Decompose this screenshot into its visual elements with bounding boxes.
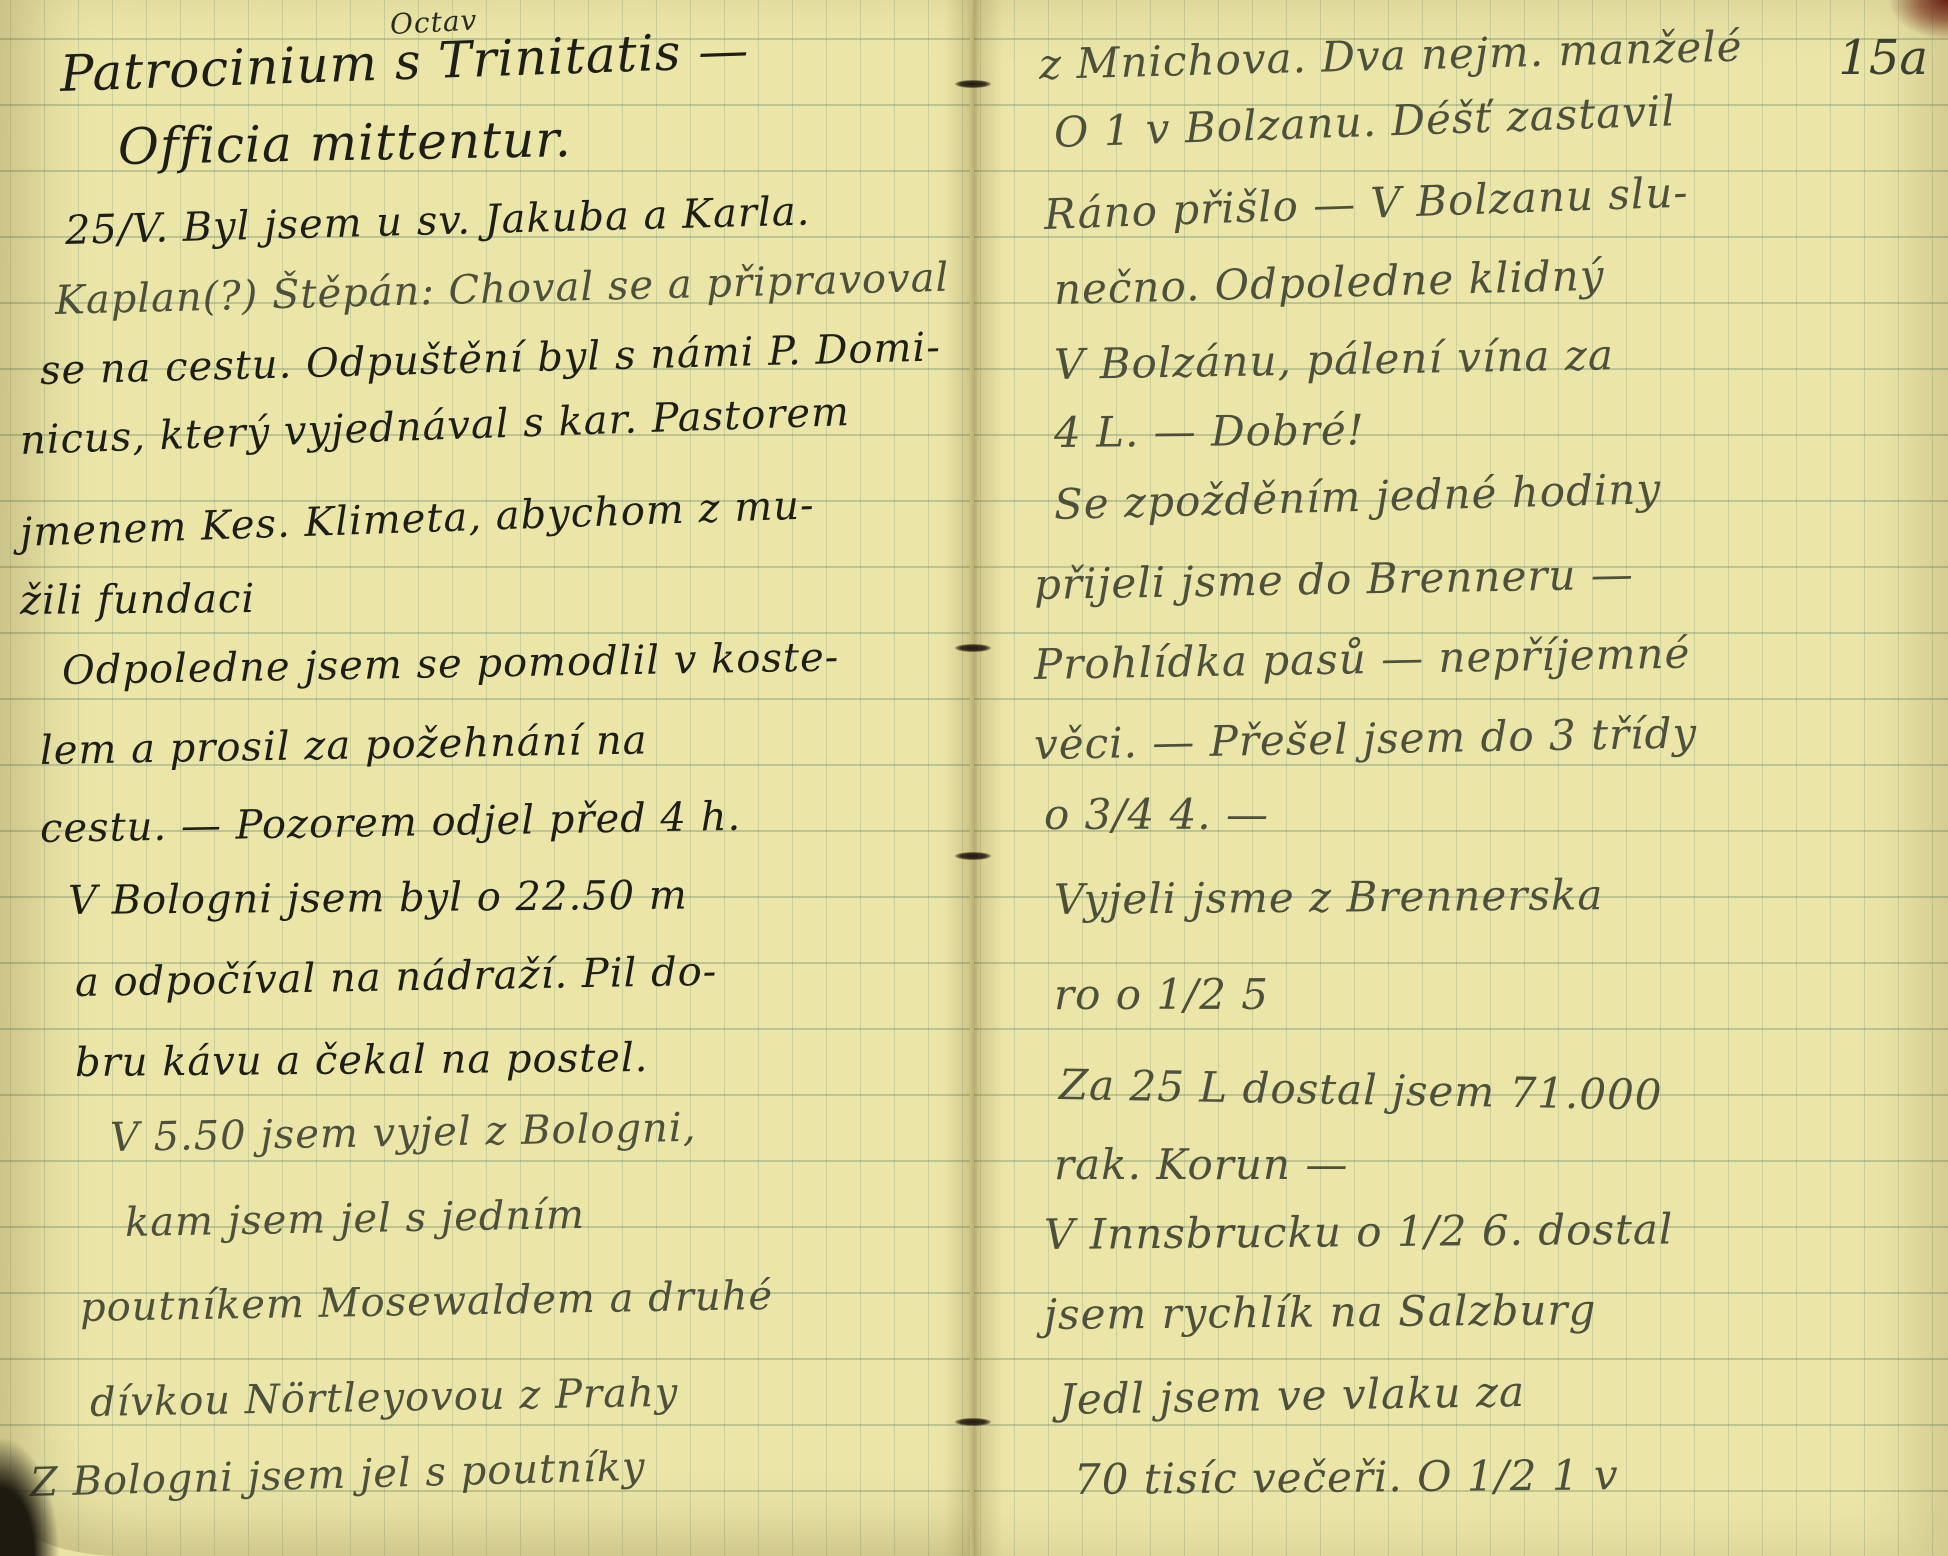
left-line-1: Patrocinium s Trinitatis — (59, 21, 750, 103)
right-line-11: o 3/4 4. — (1044, 790, 1269, 839)
right-line-12: Vyjeli jsme z Brennerska (1054, 870, 1604, 924)
staple-hole-2 (955, 644, 991, 652)
right-line-19: 70 tisíc večeři. O 1/2 1 v (1074, 1450, 1619, 1504)
right-page: 15a z Mnichova. Dva nejm. manželé O 1 v … (974, 0, 1948, 1556)
left-line-5: se na cestu. Odpuštění byl s námi P. Dom… (39, 324, 941, 394)
right-line-16: V Innsbrucku o 1/2 6. dostal (1044, 1205, 1674, 1259)
right-line-13: ro o 1/2 5 (1054, 970, 1269, 1019)
left-line-18: dívkou Nörtleyovou z Prahy (90, 1370, 679, 1426)
right-line-8: přijeli jsme do Brenneru — (1034, 550, 1635, 609)
right-line-14: Za 25 L dostal jsem 71.000 (1059, 1060, 1663, 1120)
right-line-1: z Mnichova. Dva nejm. manželé (1038, 22, 1743, 89)
left-line-4: Kaplan(?) Štěpán: Choval se a připravova… (54, 255, 949, 324)
left-line-6: nicus, který vyjednával s kar. Pastorem (19, 389, 850, 464)
right-line-3: Ráno přišlo — V Bolzanu slu- (1043, 168, 1689, 239)
left-line-17: poutníkem Mosewaldem a druhé (80, 1273, 774, 1331)
right-line-18: Jedl jsem ve vlaku za (1059, 1367, 1526, 1424)
right-line-7: Se zpožděním jedné hodiny (1053, 464, 1661, 529)
page-corner-shadow (0, 1436, 60, 1556)
left-line-8: žili fundaci (20, 576, 256, 624)
left-line-10: lem a prosil za požehnání na (40, 717, 648, 774)
right-line-5: V Bolzánu, pálení vína za (1054, 330, 1615, 389)
right-line-9: Prohlídka pasů — nepříjemné (1034, 629, 1691, 689)
staple-hole-1 (955, 80, 991, 88)
left-line-13: a odpočíval na nádraží. Pil do- (75, 949, 718, 1006)
cover-edge (1888, 0, 1948, 40)
left-line-14: bru kávu a čekal na postel. (75, 1035, 649, 1086)
left-line-9: Odpoledne jsem se pomodlil v koste- (62, 634, 840, 694)
left-line-19: Z Bologni jsem jel s poutníky (29, 1444, 646, 1506)
left-line-16: kam jsem jel s jedním (125, 1192, 586, 1246)
right-line-4: nečno. Odpoledne klidný (1053, 251, 1605, 314)
left-line-11: cestu. — Pozorem odjel před 4 h. (40, 794, 742, 852)
left-line-12: V Bologni jsem byl o 22.50 m (68, 873, 688, 924)
staple-hole-4 (955, 1418, 991, 1426)
left-page: Octav Patrocinium s Trinitatis — Officia… (0, 0, 970, 1556)
left-line-2: Officia mittentur. (117, 110, 572, 176)
left-line-15: V 5.50 jsem vyjel z Bologni, (110, 1105, 697, 1161)
right-line-17: jsem rychlík na Salzburg (1044, 1285, 1597, 1339)
left-line-3: 25/V. Byl jsem u sv. Jakuba a Karla. (64, 188, 811, 254)
right-line-10: věci. — Přešel jsem do 3 třídy (1034, 708, 1698, 769)
left-line-7: jmenem Kes. Klimeta, abychom z mu- (19, 482, 815, 556)
notebook-spread: Octav Patrocinium s Trinitatis — Officia… (0, 0, 1948, 1556)
right-line-6: 4 L. — Dobré! (1054, 405, 1365, 457)
right-line-2: O 1 v Bolzanu. Déšť zastavil (1053, 86, 1676, 157)
staple-hole-3 (955, 852, 991, 860)
right-line-15: rak. Korun — (1054, 1140, 1348, 1189)
